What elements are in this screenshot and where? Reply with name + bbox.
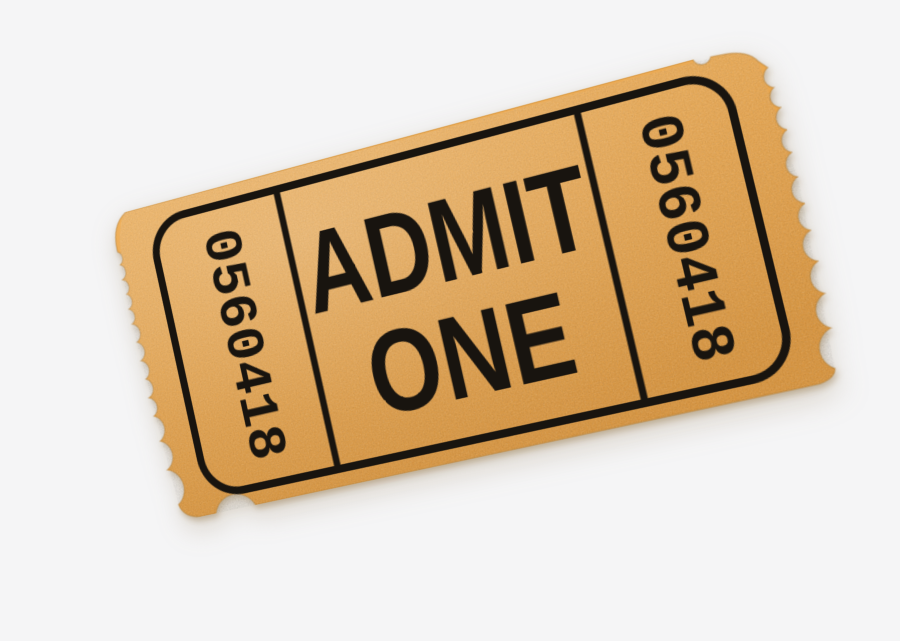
admit-one-ticket: 0560418 0560418 ADMIT ONE [107,40,847,522]
photo-background: 0560418 0560418 ADMIT ONE [0,0,900,641]
